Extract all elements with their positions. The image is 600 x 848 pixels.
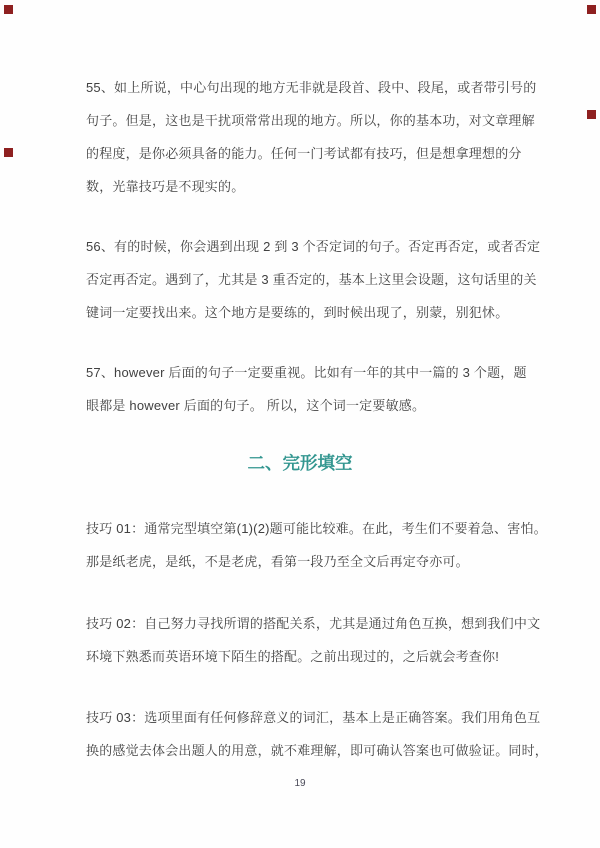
tip-paragraph-01: 技巧 01：通常完型填空第(1)(2)题可能比较难。在此，考生们不要着急、害怕。…	[86, 512, 540, 578]
text-line: 否定再否定。遇到了，尤其是 3 重否定的，基本上这里会设题，这句话里的关	[86, 263, 540, 296]
text-line: 换的感觉去体会出题人的用意，就不难理解，即可确认答案也可做验证。同时，	[86, 734, 540, 767]
text-line: 键词一定要找出来。这个地方是要练的，到时候出现了，别蒙，别犯怵。	[86, 296, 540, 329]
section-heading: 二、完形填空	[0, 447, 600, 480]
text-line: 55、如上所说，中心句出现的地方无非就是段首、段中、段尾，或者带引号的	[86, 71, 540, 104]
tip-paragraph-02: 技巧 02：自己努力寻找所谓的搭配关系，尤其是通过角色互换，想到我们中文环境下熟…	[86, 607, 540, 673]
tip-paragraph-03: 技巧 03：选项里面有任何修辞意义的词汇，基本上是正确答案。我们用角色互换的感觉…	[86, 701, 540, 767]
text-line: 技巧 02：自己努力寻找所谓的搭配关系，尤其是通过角色互换，想到我们中文	[86, 607, 540, 640]
document-page: 55、如上所说，中心句出现的地方无非就是段首、段中、段尾，或者带引号的句子。但是…	[0, 0, 600, 848]
text-line: 句子。但是，这也是干扰项常常出现的地方。所以，你的基本功，对文章理解	[86, 104, 540, 137]
text-line: 57、however 后面的句子一定要重视。比如有一年的其中一篇的 3 个题，题	[86, 356, 540, 389]
text-line: 那是纸老虎，是纸，不是老虎，看第一段乃至全文后再定夺亦可。	[86, 545, 540, 578]
red-square-marker	[4, 148, 13, 157]
page-content: 55、如上所说，中心句出现的地方无非就是段首、段中、段尾，或者带引号的句子。但是…	[0, 0, 600, 800]
red-square-marker	[587, 5, 596, 14]
paragraph-57: 57、however 后面的句子一定要重视。比如有一年的其中一篇的 3 个题，题…	[86, 356, 540, 422]
text-line: 数，光靠技巧是不现实的。	[86, 170, 540, 203]
red-square-marker	[4, 5, 13, 14]
paragraph-56: 56、有的时候，你会遇到出现 2 到 3 个否定词的句子。否定再否定，或者否定否…	[86, 230, 540, 329]
paragraph-55: 55、如上所说，中心句出现的地方无非就是段首、段中、段尾，或者带引号的句子。但是…	[86, 71, 540, 203]
page-number: 19	[0, 767, 600, 800]
text-line: 技巧 01：通常完型填空第(1)(2)题可能比较难。在此，考生们不要着急、害怕。	[86, 512, 540, 545]
red-square-marker	[587, 110, 596, 119]
text-line: 环境下熟悉而英语环境下陌生的搭配。之前出现过的，之后就会考查你!	[86, 640, 540, 673]
text-line: 技巧 03：选项里面有任何修辞意义的词汇，基本上是正确答案。我们用角色互	[86, 701, 540, 734]
text-line: 的程度，是你必须具备的能力。任何一门考试都有技巧，但是想拿理想的分	[86, 137, 540, 170]
text-line: 56、有的时候，你会遇到出现 2 到 3 个否定词的句子。否定再否定，或者否定	[86, 230, 540, 263]
text-line: 眼都是 however 后面的句子。 所以，这个词一定要敏感。	[86, 389, 540, 422]
